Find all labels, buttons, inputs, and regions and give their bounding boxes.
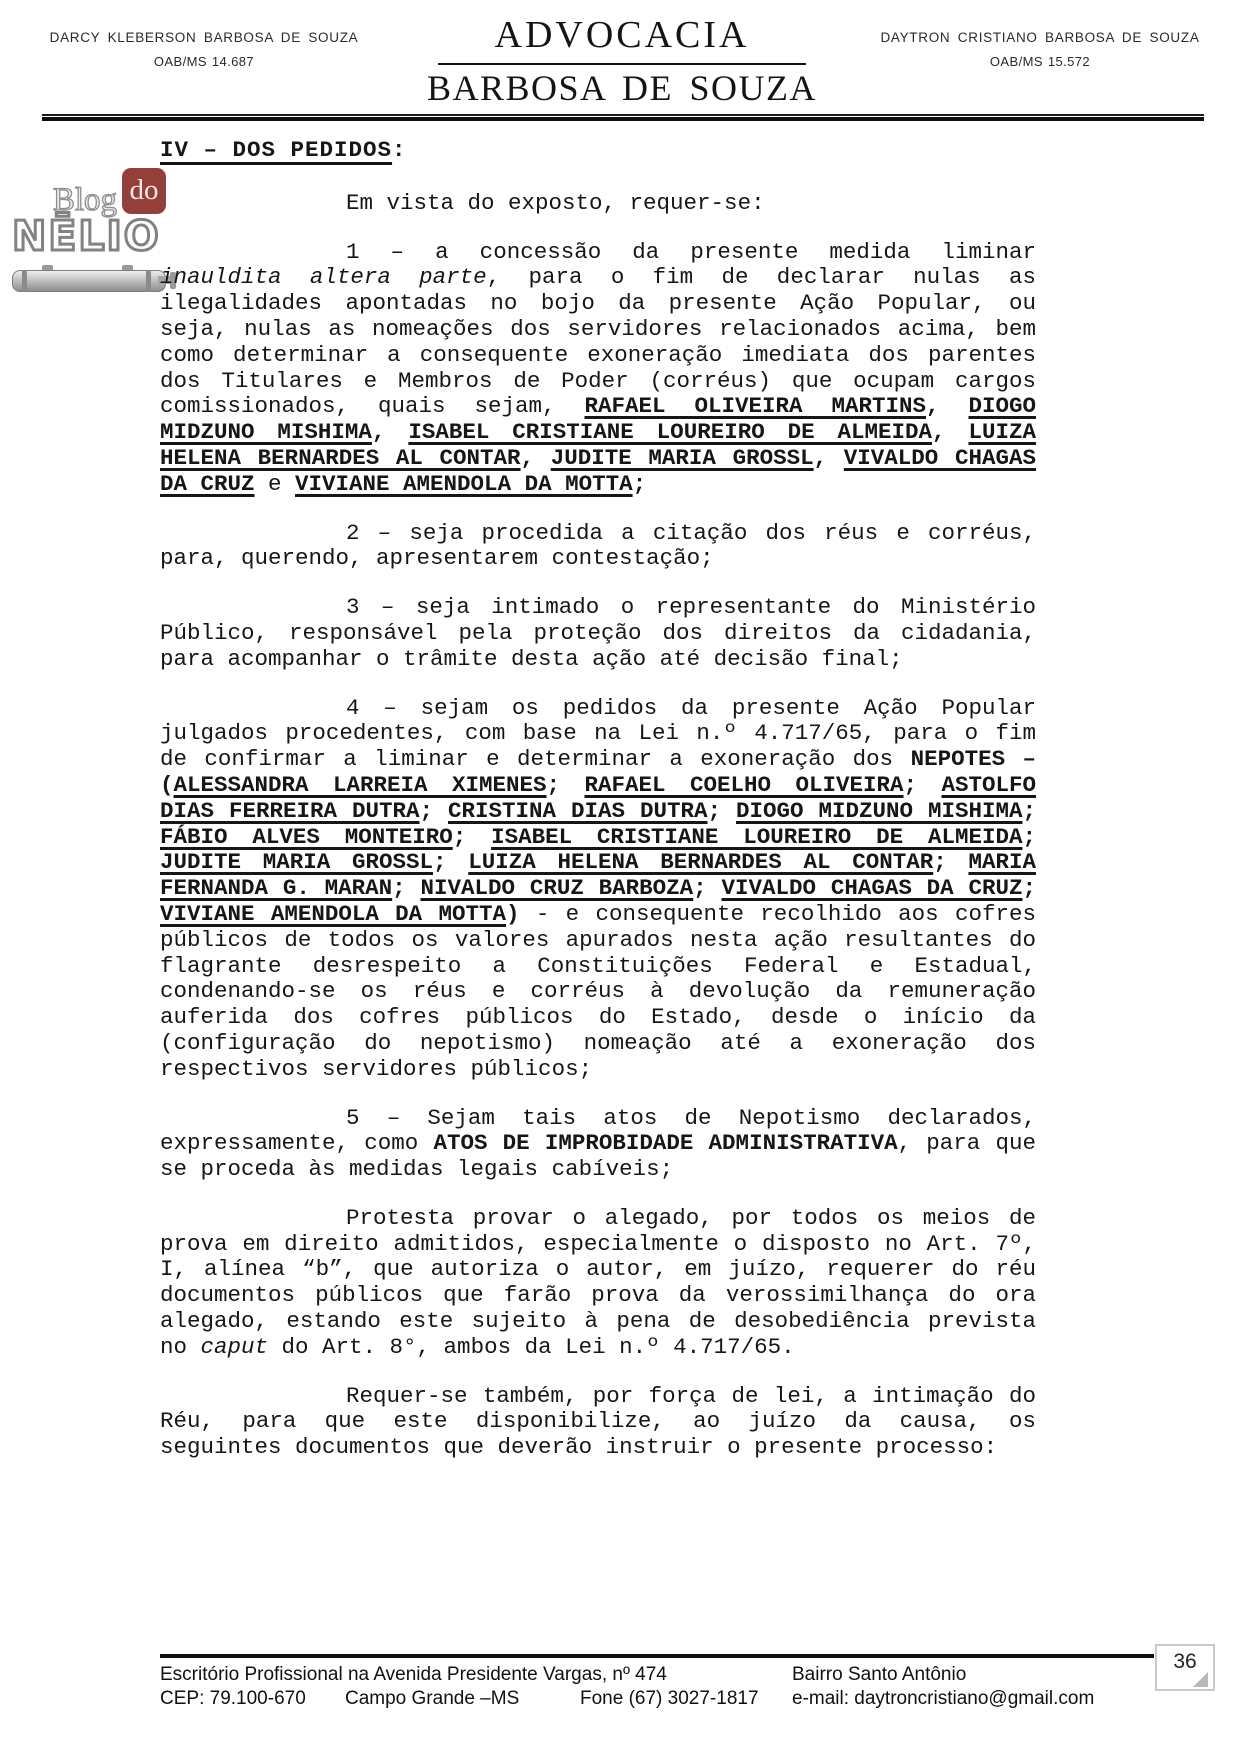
text-run: 1 – a concessão da presente medida limin… — [346, 239, 1036, 265]
roller-body-icon — [12, 270, 166, 292]
lawyer-right-block: DAYTRON CRISTIANO BARBOSA DE SOUZA OAB/M… — [874, 16, 1206, 69]
text-run: ; — [1022, 875, 1036, 901]
text-run: , — [372, 419, 408, 445]
text-run: ) — [506, 901, 520, 927]
text-run: JUDITE MARIA GROSSL — [160, 849, 433, 875]
text-run: ; — [693, 875, 721, 901]
footer-address: Escritório Profissional na Avenida Presi… — [160, 1663, 792, 1687]
lawyer-right-name: DAYTRON CRISTIANO BARBOSA DE SOUZA — [874, 30, 1206, 45]
text-run: , — [814, 445, 844, 471]
text-run: JUDITE MARIA GROSSL — [551, 445, 814, 471]
lawyer-right-oab: OAB/MS 15.572 — [874, 54, 1206, 69]
roller-cap-icon — [22, 270, 27, 292]
text-run: inauldita altera parte — [160, 264, 487, 290]
footer-phone: Fone (67) 3027-1817 — [580, 1687, 792, 1711]
text-run: VIVIANE AMENDOLA DA MOTTA — [160, 901, 506, 927]
footer-cep: CEP: 79.100-670 — [160, 1687, 345, 1711]
paragraph: 5 – Sejam tais atos de Nepotismo declara… — [160, 1106, 1036, 1183]
text-run: ; — [392, 875, 420, 901]
section-title-colon: : — [392, 137, 407, 163]
paragraph: Protesta provar o alegado, por todos os … — [160, 1206, 1036, 1361]
text-run: , — [932, 419, 968, 445]
petition-body: IV – DOS PEDIDOS: Em vista do exposto, r… — [160, 138, 1036, 1484]
firm-title-divider — [438, 63, 806, 65]
text-run: ; — [904, 772, 942, 798]
text-run: ; — [633, 471, 647, 497]
text-run: - e consequente recolhido aos cofres púb… — [160, 901, 1036, 1082]
lawyer-left-oab: OAB/MS 14.687 — [38, 54, 370, 69]
section-title: IV – DOS PEDIDOS: — [160, 138, 1036, 164]
logo-roller-icon — [12, 264, 182, 292]
paragraph: Em vista do exposto, requer-se: — [160, 191, 1036, 217]
text-run: Em vista do exposto, requer-se: — [346, 190, 765, 216]
paragraph: 3 – seja intimado o representante do Min… — [160, 595, 1036, 672]
text-run: ; — [707, 798, 735, 824]
text-run: caput — [201, 1334, 269, 1360]
folded-corner-icon — [1193, 1672, 1208, 1687]
logo-word-blog: Blog — [53, 186, 117, 214]
text-run: Requer-se também, por força de lei, a in… — [160, 1383, 1036, 1461]
letterhead: DARCY KLEBERSON BARBOSA DE SOUZA OAB/MS … — [38, 16, 1206, 108]
body-paragraphs: Em vista do exposto, requer-se:1 – a con… — [160, 191, 1036, 1461]
text-run: ; — [1022, 798, 1036, 824]
section-title-text: IV – DOS PEDIDOS — [160, 137, 392, 163]
paragraph: 4 – sejam os pedidos da presente Ação Po… — [160, 696, 1036, 1083]
text-run: 4 – sejam os pedidos da presente Ação Po… — [160, 695, 1036, 773]
footer-row-2: CEP: 79.100-670 Campo Grande –MS Fone (6… — [160, 1687, 1154, 1711]
footer-district: Bairro Santo Antônio — [792, 1663, 966, 1687]
text-run: ALESSANDRA LARREIA XIMENES — [174, 772, 547, 798]
footer-row-1: Escritório Profissional na Avenida Presi… — [160, 1663, 1154, 1687]
text-run: ISABEL CRISTIANE LOUREIRO DE ALMEIDA — [491, 824, 1022, 850]
text-run: ATOS DE IMPROBIDADE ADMINISTRATIVA — [433, 1130, 897, 1156]
text-run: ; — [453, 824, 491, 850]
text-run: ; — [1022, 824, 1036, 850]
paragraph: 1 – a concessão da presente medida limin… — [160, 240, 1036, 498]
text-run: ; — [547, 772, 585, 798]
text-run: RAFAEL COELHO OLIVEIRA — [585, 772, 904, 798]
page-number: 36 — [1157, 1650, 1213, 1674]
roller-cap-icon — [146, 270, 151, 292]
text-run: ; — [433, 849, 468, 875]
page-number-note: 36 — [1155, 1644, 1215, 1691]
paragraph: Requer-se também, por força de lei, a in… — [160, 1384, 1036, 1461]
text-run: e — [255, 471, 296, 497]
firm-title-block: ADVOCACIA BARBOSA DE SOUZA — [370, 16, 874, 108]
text-run: NIVALDO CRUZ BARBOZA — [421, 875, 694, 901]
paragraph: 2 – seja procedida a citação dos réus e … — [160, 521, 1036, 573]
text-run: , — [926, 393, 968, 419]
text-run: 2 – seja procedida a citação dos réus e … — [160, 520, 1036, 572]
text-run: FÁBIO ALVES MONTEIRO — [160, 824, 453, 850]
header-rule — [42, 114, 1204, 121]
text-run: CRISTINA DIAS DUTRA — [448, 798, 708, 824]
text-run: RAFAEL OLIVEIRA MARTINS — [584, 393, 926, 419]
text-run: ; — [933, 849, 968, 875]
footer-email: e-mail: daytroncristiano@gmail.com — [792, 1687, 1094, 1711]
footer: Escritório Profissional na Avenida Presi… — [160, 1654, 1154, 1711]
lawyer-left-name: DARCY KLEBERSON BARBOSA DE SOUZA — [38, 30, 370, 45]
text-run: VIVALDO CHAGAS DA CRUZ — [722, 875, 1023, 901]
footer-rule — [160, 1654, 1154, 1658]
lawyer-left-block: DARCY KLEBERSON BARBOSA DE SOUZA OAB/MS … — [38, 16, 370, 69]
firm-title-top: ADVOCACIA — [370, 16, 874, 56]
text-run: DIOGO MIDZUNO MISHIMA — [736, 798, 1023, 824]
text-run: VIVIANE AMENDOLA DA MOTTA — [295, 471, 633, 497]
text-run: do Art. 8°, ambos da Lei n.º 4.717/65. — [268, 1334, 795, 1360]
footer-city: Campo Grande –MS — [345, 1687, 580, 1711]
text-run: ISABEL CRISTIANE LOUREIRO DE ALMEIDA — [408, 419, 932, 445]
firm-title-bottom: BARBOSA DE SOUZA — [370, 70, 874, 108]
text-run: 3 – seja intimado o representante do Min… — [160, 594, 1036, 672]
text-run: LUIZA HELENA BERNARDES AL CONTAR — [468, 849, 933, 875]
text-run: , — [521, 445, 551, 471]
text-run: ; — [420, 798, 448, 824]
